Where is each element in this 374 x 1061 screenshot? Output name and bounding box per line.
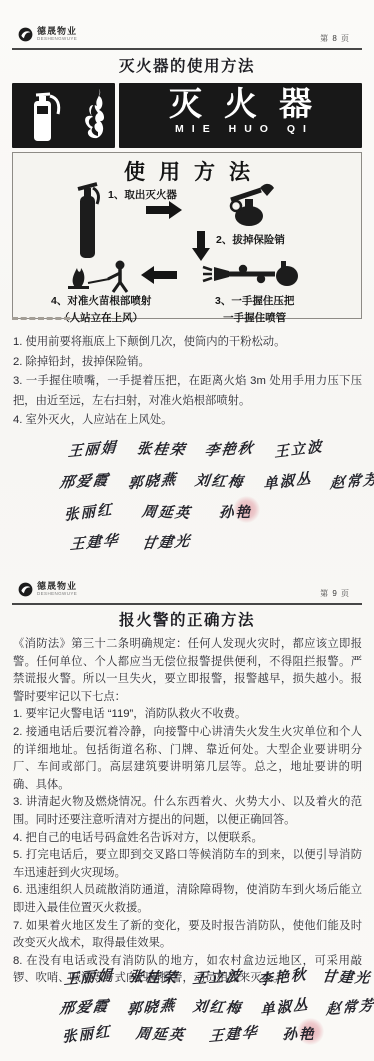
signature-name: 王立波 [273,435,323,462]
point-item: 5. 打完电话后，要立即到交叉路口等候消防车的到来，以便引导消防车迅速赶到火灾现… [13,847,362,882]
company-logo-icon [18,582,33,597]
instruction-item: 2. 除掉铅封，拔掉保险销。 [13,353,362,373]
company-name-latin: DESHENGWUYE [37,37,77,42]
page9-signature-row: 邢爱霞 郭晓燕 刘红梅 单淑丛 赵常芳 [60,996,374,1017]
page9-signature-row: 张丽红 周延英 王建华 孙艳 [62,1023,316,1044]
company-logo: 德晟物业 DESHENGWUYE [18,582,77,597]
arrow-left-icon [153,271,177,279]
signature-name: 张桂荣 [127,965,179,988]
step4-label: 4、对准火苗根部喷射（人站立在上风） [51,293,151,325]
page9-title: 报火警的正确方法 [0,608,374,630]
page8-signature-row: 邢爱霞 郭晓燕 刘红梅 单淑丛 赵常芳 [60,470,374,491]
point-item: 1. 要牢记火警电话 “119”，消防队救火不收费。 [13,706,362,724]
company-logo: 德晟物业 DESHENGWUYE [18,27,77,42]
arrow-down-icon [197,231,205,249]
page8-signature-row: 王丽娟 张桂荣 李艳秋 王立波 [68,438,323,459]
signature-name: 郭晓燕 [126,994,177,1020]
company-name: 德晟物业 [37,582,77,591]
step4-spray-at-fire-figure [65,257,143,293]
point-item: 4. 把自己的电话号码盒姓名告诉对方，以便联系。 [13,830,362,848]
page8-instruction-list: 1. 使用前要将瓶底上下颠倒几次，使筒内的干粉松动。 2. 除掉铅封，拔掉保险销… [13,333,362,431]
signature-name: 王丽娟 [67,436,118,462]
page9-signature-row: 王丽娟 张桂荣 王立波 李艳秋 甘建光 [64,966,372,987]
signature-name: 孙艳 [283,1027,316,1043]
signature-name: 张丽红 [64,498,114,525]
page8-header: 德晟物业 DESHENGWUYE 第 8 页 [12,27,362,50]
arrow-right-icon [146,206,170,214]
signature-name: 郭晓燕 [127,468,178,494]
signature-name: 孙艳 [219,505,252,521]
stamped-signature: 孙艳 [283,1023,316,1044]
signature-name: 刘红梅 [192,995,244,1018]
company-name: 德晟物业 [37,27,77,36]
flame-icon [75,88,105,144]
signature-name: 王建华 [208,1021,259,1047]
instruction-item: 1. 使用前要将瓶底上下颠倒几次，使筒内的干粉松动。 [13,333,362,353]
signature-name: 王丽娟 [63,964,114,990]
page-number: 第 8 页 [320,33,350,44]
poster-pinyin: MIE HUO QI [119,123,362,135]
signature-name: 赵常芳 [329,468,374,494]
poster-pictogram-block [12,83,115,148]
poster-main-title: 灭火器 [119,84,362,124]
scanned-document: 德晟物业 DESHENGWUYE 第 8 页 灭火器的使用方法 灭火器 MIE … [0,0,374,1061]
step2-pull-pin-figure [218,175,276,227]
signature-name: 甘建光 [321,965,373,988]
page8-title: 灭火器的使用方法 [0,54,374,76]
point-item: 7. 如果着火地区发生了新的变化，要及时报告消防队，使他们能及时改变灭火战术，取… [13,918,362,953]
point-item: 2. 接通电话后要沉着冷静，向接警中心讲清失火发生火灾单位和个人的详细地址。包括… [13,724,362,794]
signature-name: 邢爱霞 [58,469,111,493]
fire-extinguisher-icon [23,88,69,144]
point-item: 3. 讲清起火物及燃烧情况。什么东西着火、火势大小、以及着火的范围。同时还要注意… [13,794,362,829]
usage-instructions-panel: 使用方法 1、取出灭火器 2、拔掉保险销 [12,152,362,319]
signature-name: 周延英 [134,1022,186,1045]
signature-name: 赵常芳 [325,994,374,1020]
signature-name: 李艳秋 [203,437,256,461]
step3-label: 3、一手握住压把一手握住喷管 [215,293,294,325]
page8-signature-row: 王建华 甘建光 [70,531,191,552]
usage-panel-title: 使用方法 [13,156,361,186]
intro-paragraph: 《消防法》第三十二条明确规定：任何人发现火灾时，都应该立即报警。任何单位、个人都… [13,636,362,706]
signature-name: 单淑丛 [259,993,309,1020]
page9-header: 德晟物业 DESHENGWUYE 第 9 页 [12,582,362,605]
signature-name: 甘建光 [140,530,193,554]
instruction-item: 3. 一手握住喷嘴，一手提着压把，在距离火焰 3m 处用手用力压下压把，由近至远… [13,372,362,411]
fire-extinguisher-poster: 灭火器 MIE HUO QI 使用方法 1、取出灭火器 2、拔掉保险销 [12,83,362,319]
poster-title-block: 灭火器 MIE HUO QI [119,83,362,148]
page8-signature-row: 张丽红 周延英 孙艳 [64,501,252,522]
company-name-latin: DESHENGWUYE [37,592,77,597]
signature-name: 单淑丛 [262,467,312,494]
step1-label: 1、取出灭火器 [108,187,177,202]
signature-name: 张桂荣 [135,437,187,460]
signature-name: 刘红梅 [194,469,246,492]
signature-name: 周延英 [140,500,192,523]
company-logo-icon [18,27,33,42]
signature-name: 王建华 [69,529,120,555]
page-number: 第 9 页 [320,588,350,599]
page9-body-text: 《消防法》第三十二条明确规定：任何人发现火灾时，都应该立即报警。任何单位、个人都… [13,636,362,988]
step3-hold-nozzle-figure [201,259,305,289]
signature-name: 张丽红 [62,1020,112,1047]
torn-dashed-edge [12,317,70,320]
signature-name: 王立波 [191,965,244,989]
instruction-item: 4. 室外灭火，人应站在上风处。 [13,411,362,431]
step1-extinguisher-figure [75,179,101,259]
stamped-signature: 孙艳 [219,501,252,522]
signature-name: 李艳秋 [257,963,307,990]
signature-name: 邢爱霞 [58,995,111,1019]
point-item: 6. 迅速组织人员疏散消防通道，清除障碍物，使消防车到火场后能立即进入最佳位置灭… [13,882,362,917]
step2-label: 2、拔掉保险销 [216,232,285,247]
